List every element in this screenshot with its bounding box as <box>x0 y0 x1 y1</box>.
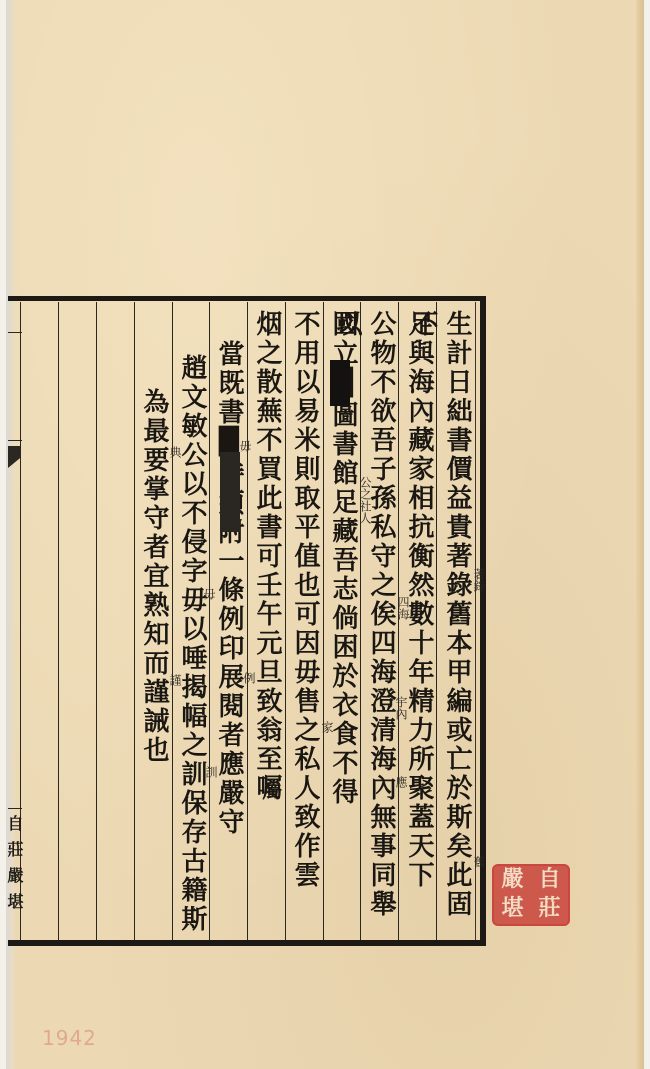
redaction-block <box>220 452 240 532</box>
text-column-5: 不用以易米則取平值也可因毋售之私人致作雲 <box>288 310 322 890</box>
interlinear-note: 著錄 <box>472 568 485 592</box>
seal-character: 堪 <box>494 895 531 924</box>
column-rule <box>398 302 399 940</box>
seal-character: 莊 <box>531 895 568 924</box>
column-rule <box>436 302 437 940</box>
column-rule <box>285 302 286 940</box>
interlinear-note: 毋 <box>238 440 251 452</box>
collector-seal: 自 莊 嚴 堪 <box>492 864 570 926</box>
seal-character: 自 <box>531 866 568 895</box>
interlinear-note: 謹 <box>168 674 181 686</box>
column-rule <box>134 302 135 940</box>
margin-rule <box>8 440 22 441</box>
text-column-1: 生計日絀書價益貴著錄舊本甲編或亡於斯矣此固不 <box>440 310 474 946</box>
column-rule <box>360 302 361 940</box>
column-rule <box>58 302 59 940</box>
interlinear-note: 舊 <box>472 856 485 868</box>
margin-rule <box>8 808 22 809</box>
column-rule <box>247 302 248 940</box>
frame-inner-rule <box>475 302 476 940</box>
text-column-9: 為最要掌守者宜熟知而謹誡也 <box>137 388 171 765</box>
text-column-6: 烟之散蕪不買此書可壬午元旦致翁至囑 <box>250 310 284 803</box>
page-edge <box>636 0 644 1069</box>
interlinear-note: 例 <box>242 672 255 684</box>
frame-right-border <box>480 296 486 946</box>
frame-top-border <box>8 296 486 301</box>
text-column-8: 趙文敏公以不侵字毋以唾揭幅之訓保存古籍斯 <box>175 354 209 934</box>
interlinear-note: 四海 <box>396 596 409 620</box>
interlinear-note: 典 <box>168 446 181 458</box>
interlinear-note: 毋 <box>202 588 215 600</box>
margin-title: 自莊嚴堪 <box>6 815 22 919</box>
column-rule <box>209 302 210 940</box>
ruled-frame: 生計日絀書價益貴著錄舊本甲編或亡於斯矣此固不 足與海內藏家相抗衡然數十年精力所聚… <box>8 296 486 946</box>
interlinear-note: 宇內 <box>394 696 407 720</box>
column-rule <box>96 302 97 940</box>
interlinear-note: 家 <box>320 721 333 733</box>
text-column-3: 公物不欲吾子孫私守之俟四海澄清海內無事同舉以 <box>364 310 398 946</box>
text-column-7: 當既書█時須附一條例印展閱者應嚴守 <box>212 340 246 837</box>
pencil-annotation: 1942 <box>42 1026 97 1050</box>
interlinear-note: 公之社人 <box>358 476 371 524</box>
redaction-block <box>330 360 350 406</box>
interlinear-note: 訓 <box>204 766 217 778</box>
seal-character: 嚴 <box>494 866 531 895</box>
column-rule <box>323 302 324 940</box>
interlinear-note: 應 <box>394 776 407 788</box>
column-rule <box>172 302 173 940</box>
frame-bottom-border <box>8 940 486 946</box>
margin-rule <box>8 332 22 333</box>
